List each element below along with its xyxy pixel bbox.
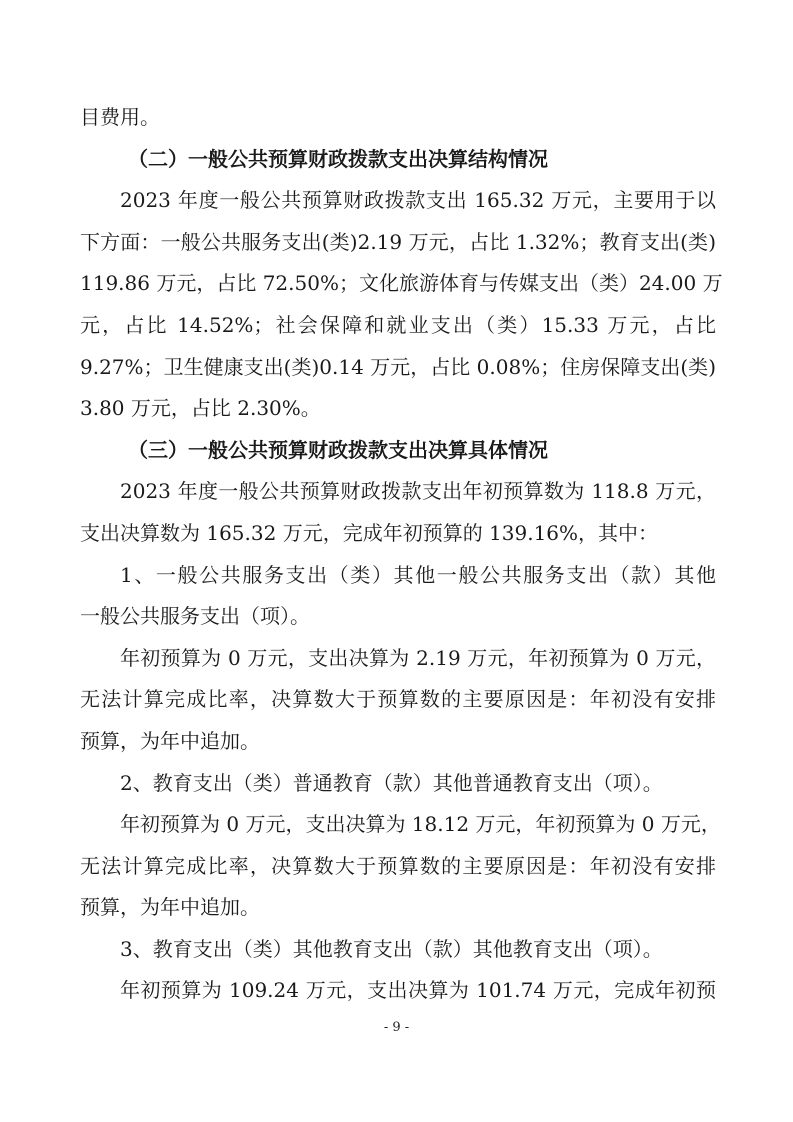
paragraph-line: 2023 年度一般公共预算财政拨款支出 165.32 万元，主要用于以 (80, 180, 716, 222)
section-heading-3: （三）一般公共预算财政拨款支出决算具体情况 (80, 430, 716, 472)
item-2-title: 2、教育支出（类）普通教育（款）其他普通教育支出（项）。 (80, 763, 716, 805)
item-1-title: 1、一般公共服务支出（类）其他一般公共服务支出（款）其他 (80, 555, 716, 597)
paragraph-line: 年初预算为 0 万元，支出决算为 18.12 万元，年初预算为 0 万元， (80, 804, 716, 846)
paragraph-line: 119.86 万元，占比 72.50%；文化旅游体育与传媒支出（类）24.00 … (80, 263, 716, 305)
paragraph-line: 3.80 万元，占比 2.30%。 (80, 388, 716, 430)
paragraph-line: 目费用。 (80, 97, 716, 139)
paragraph-line: 无法计算完成比率，决算数大于预算数的主要原因是：年初没有安排 (80, 846, 716, 888)
document-page: 目费用。 （二）一般公共预算财政拨款支出决算结构情况 2023 年度一般公共预算… (80, 97, 716, 1012)
page-number: - 9 - (0, 1020, 793, 1035)
paragraph-line: 年初预算为 109.24 万元，支出决算为 101.74 万元，完成年初预 (80, 970, 716, 1012)
paragraph-line: 9.27%；卫生健康支出(类)0.14 万元，占比 0.08%；住房保障支出(类… (80, 347, 716, 389)
paragraph-line: 2023 年度一般公共预算财政拨款支出年初预算数为 118.8 万元， (80, 471, 716, 513)
item-1-title-cont: 一般公共服务支出（项）。 (80, 596, 716, 638)
paragraph-line: 预算，为年中追加。 (80, 887, 716, 929)
paragraph-line: 无法计算完成比率，决算数大于预算数的主要原因是：年初没有安排 (80, 679, 716, 721)
paragraph-line: 年初预算为 0 万元，支出决算为 2.19 万元，年初预算为 0 万元， (80, 638, 716, 680)
item-3-title: 3、教育支出（类）其他教育支出（款）其他教育支出（项）。 (80, 929, 716, 971)
paragraph-line: 预算，为年中追加。 (80, 721, 716, 763)
paragraph-line: 下方面：一般公共服务支出(类)2.19 万元，占比 1.32%；教育支出(类) (80, 222, 716, 264)
paragraph-line: 元，占比 14.52%；社会保障和就业支出（类）15.33 万元，占比 (80, 305, 716, 347)
paragraph-line: 支出决算数为 165.32 万元，完成年初预算的 139.16%，其中： (80, 513, 716, 555)
section-heading-2: （二）一般公共预算财政拨款支出决算结构情况 (80, 139, 716, 181)
